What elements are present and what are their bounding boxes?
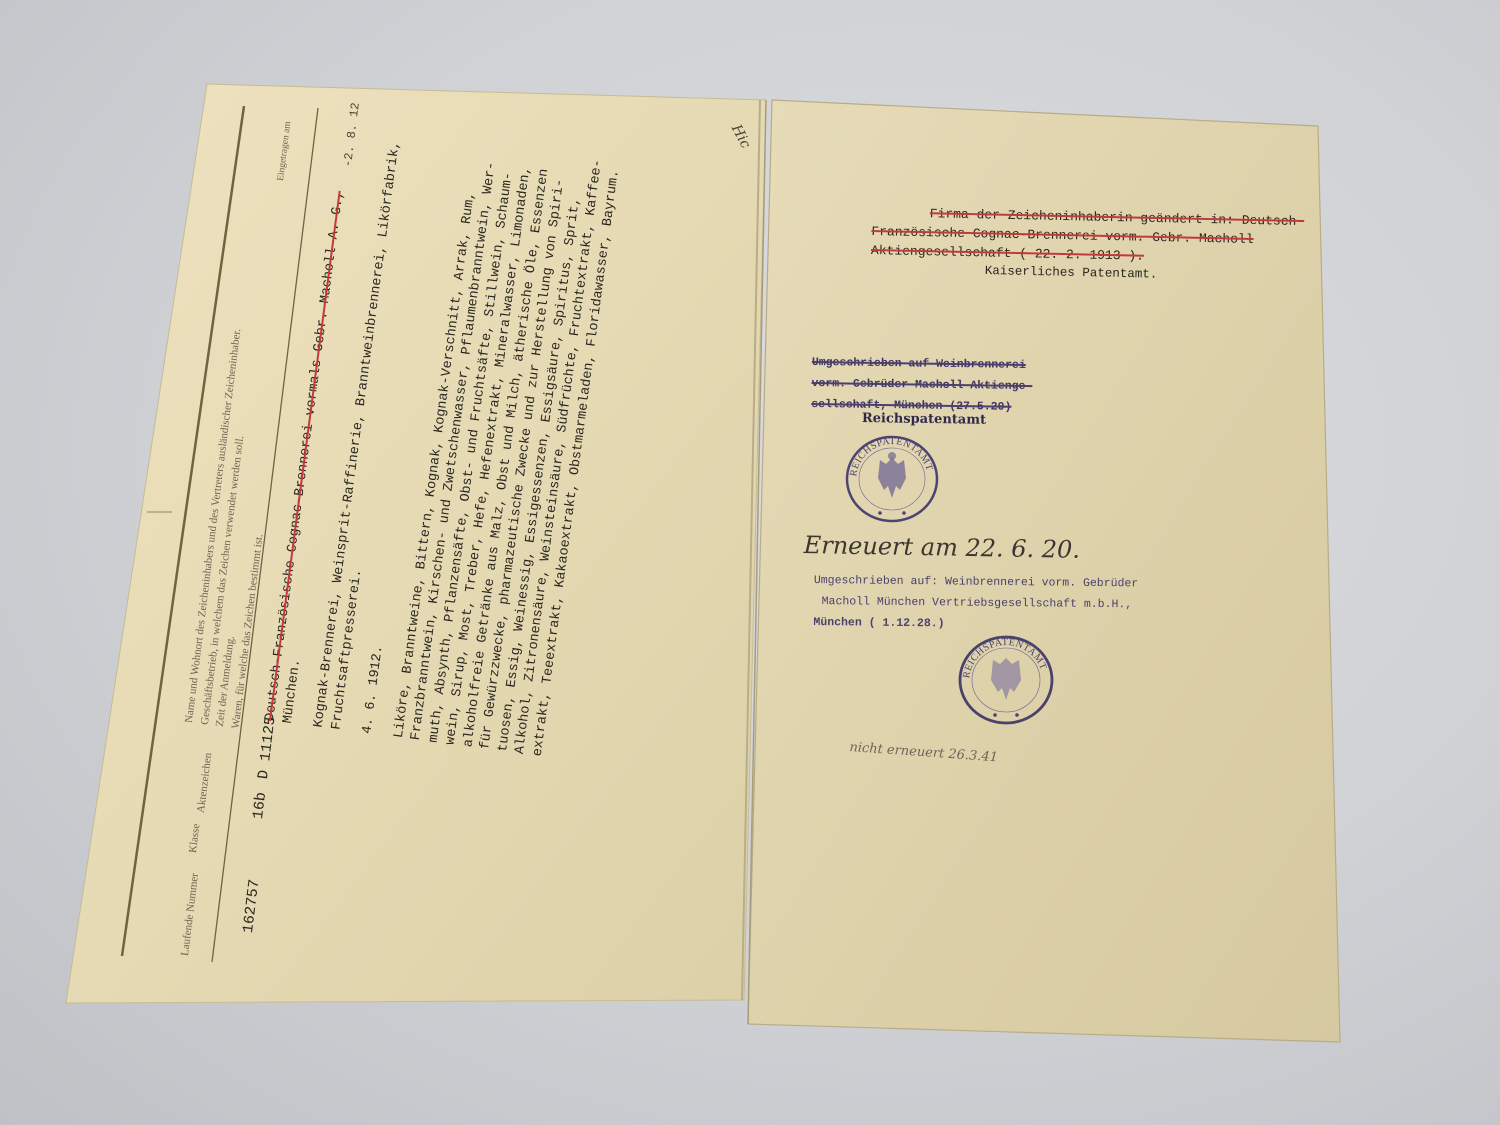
stamp-line: vorm. Gebrüder Macholl Aktienge- — [811, 373, 1032, 397]
kaiserliches-patentamt: Kaiserliches Patentamt. — [985, 263, 1158, 284]
transfer-stamp-1928: Umgeschrieben auf: Weinbrennerei vorm. G… — [813, 570, 1138, 636]
reichspatentamt-label: Reichspatentamt — [862, 411, 986, 428]
transfer-stamp-1920: Umgeschrieben auf Weinbrennerei vorm. Ge… — [811, 352, 1033, 418]
right-page: Firma der Zeicheninhaberin geändert in: … — [0, 0, 1500, 1125]
reichspatentamt-seal-icon: REICHSPATENTAMT — [842, 430, 942, 524]
reichspatentamt-seal-2-icon: REICHSPATENTAMT — [955, 630, 1057, 726]
right-page-sheet — [0, 0, 1500, 1125]
handwritten-renewal: Erneuert am 22. 6. 20. — [804, 531, 1081, 564]
struck-name-change-note: Firma der Zeicheninhaberin geändert in: … — [871, 203, 1305, 269]
